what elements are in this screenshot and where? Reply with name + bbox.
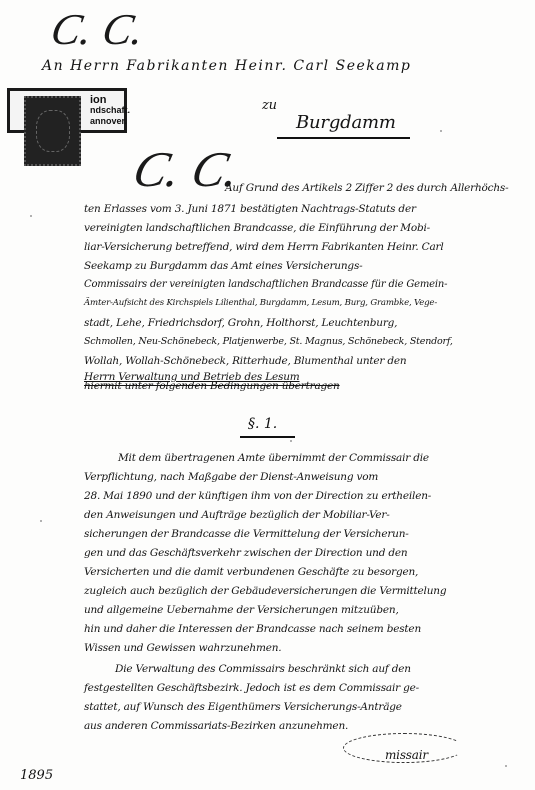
section-mark: §. 1.	[248, 416, 277, 432]
section-line: Versicherten und die damit verbundenen G…	[84, 566, 418, 578]
section-line: Wissen und Gewissen wahrzunehmen.	[84, 642, 281, 654]
scan-speck	[505, 765, 507, 767]
section-line: Die Verwaltung des Commissairs beschränk…	[115, 663, 411, 675]
section-line: stattet, auf Wunsch des Eigenthümers Ver…	[84, 701, 402, 713]
section-line: aus anderen Commissariats-Bezirken anzun…	[84, 720, 348, 732]
scan-speck	[30, 215, 32, 217]
footer-year: 1895	[20, 768, 53, 783]
intro-line: Auf Grund des Artikels 2 Ziffer 2 des du…	[225, 182, 508, 194]
section-line: hin und daher die Interessen der Brandca…	[84, 623, 421, 635]
catchword: missair	[385, 748, 428, 762]
section-line: und allgemeine Uebernahme der Versicheru…	[84, 604, 399, 616]
intro-line: Wollah, Wollah-Schönebeck, Ritterhude, B…	[84, 355, 406, 367]
stamp-line-3: annover.	[90, 117, 127, 126]
top-monogram: C. C.	[47, 4, 150, 55]
section-line: Verpflichtung, nach Maßgabe der Dienst-A…	[84, 471, 378, 483]
section-line: festgestellten Geschäftsbezirk. Jedoch i…	[84, 682, 419, 694]
revenue-stamp	[24, 96, 81, 166]
section-line: 28. Mai 1890 und der künftigen ihm von d…	[84, 490, 431, 502]
location-name: Burgdamm	[296, 112, 396, 133]
intro-line: Ämter-Aufsicht des Kirchspiels Lilientha…	[84, 298, 437, 308]
addressee-line: An Herrn Fabrikanten Heinr. Carl Seekamp	[42, 58, 411, 74]
intro-line: stadt, Lehe, Friedrichsdorf, Grohn, Holt…	[84, 317, 397, 329]
intro-line: Schmollen, Neu-Schönebeck, Platjenwerbe,…	[84, 336, 453, 347]
intro-line: Seekamp zu Burgdamm das Amt eines Versic…	[84, 260, 362, 272]
location-underline	[277, 137, 410, 139]
section-line: den Anweisungen und Aufträge bezüglich d…	[84, 509, 390, 521]
intro-line: ten Erlasses vom 3. Juni 1871 bestätigte…	[84, 203, 416, 215]
intro-line: Commissairs der vereinigten landschaftli…	[84, 279, 447, 290]
document-page: C. C. An Herrn Fabrikanten Heinr. Carl S…	[0, 0, 535, 790]
scan-speck	[290, 440, 292, 442]
scan-speck	[40, 520, 42, 522]
section-underline	[240, 436, 295, 438]
intro-line-struck: hiermit unter folgenden Bedingungen über…	[84, 380, 340, 392]
intro-line: vereinigten landschaftlichen Brandcasse,…	[84, 222, 430, 234]
section-line: sicherungen der Brandcasse die Vermittel…	[84, 528, 409, 540]
intro-line: liar-Versicherung betreffend, wird dem H…	[84, 241, 444, 253]
stamp-line-2: ndschaft.	[90, 106, 130, 115]
section-line: Mit dem übertragenen Amte übernimmt der …	[118, 452, 429, 464]
scan-speck	[440, 130, 442, 132]
location-prefix: zu	[262, 98, 277, 113]
section-line: zugleich auch bezüglich der Gebäudeversi…	[84, 585, 446, 597]
section-line: gen und das Geschäftsverkehr zwischen de…	[84, 547, 407, 559]
